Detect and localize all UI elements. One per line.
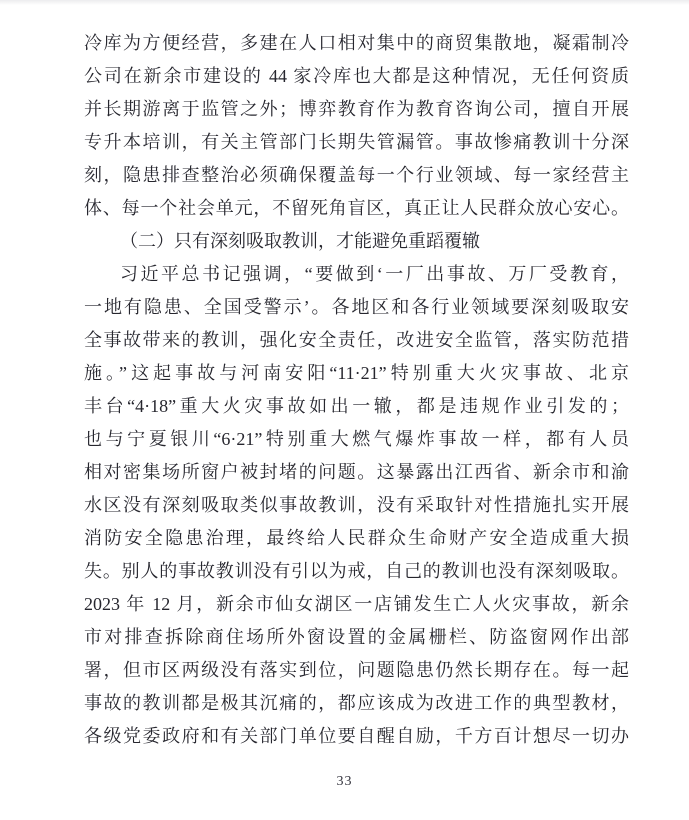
text-line: 并长期游离于监管之外；博弈教育作为教育咨询公司，擅自开展 bbox=[84, 93, 629, 126]
text-line: 刻，隐患排查整治必须确保覆盖每一个行业领域、每一家经营主 bbox=[84, 159, 629, 192]
document-text-block: 冷库为方便经营，多建在人口相对集中的商贸集散地，凝霜制冷 公司在新余市建设的 4… bbox=[84, 27, 629, 753]
text-line: 公司在新余市建设的 44 家冷库也大都是这种情况，无任何资质 bbox=[84, 60, 629, 93]
text-line: 全事故带来的教训，强化安全责任，改进安全监管，落实防范措 bbox=[84, 324, 629, 357]
text-line: 市对排查拆除商住场所外窗设置的金属栅栏、防盗窗网作出部 bbox=[84, 621, 629, 654]
text-line: 专升本培训，有关主管部门长期失管漏管。事故惨痛教训十分深 bbox=[84, 126, 629, 159]
section-heading: （二）只有深刻吸取教训，才能避免重蹈覆辙 bbox=[84, 225, 629, 258]
page-top-edge bbox=[0, 0, 689, 5]
text-line: 相对密集场所窗户被封堵的问题。这暴露出江西省、新余市和渝 bbox=[84, 456, 629, 489]
text-line: 丰台“4·18”重大火灾事故如出一辙，都是违规作业引发的； bbox=[84, 390, 629, 423]
text-line: 施。”这起事故与河南安阳“11·21”特别重大火灾事故、北京 bbox=[84, 357, 629, 390]
text-line: 水区没有深刻吸取类似事故教训，没有采取针对性措施扎实开展 bbox=[84, 489, 629, 522]
text-line: 2023 年 12 月，新余市仙女湖区一店铺发生亡人火灾事故，新余 bbox=[84, 588, 629, 621]
text-line: 也与宁夏银川“6·21”特别重大燃气爆炸事故一样，都有人员 bbox=[84, 423, 629, 456]
page-number: 33 bbox=[0, 771, 689, 793]
text-line: 体、每一个社会单元，不留死角盲区，真正让人民群众放心安心。 bbox=[84, 192, 629, 225]
text-line: 署，但市区两级没有落实到位，问题隐患仍然长期存在。每一起 bbox=[84, 654, 629, 687]
text-line: 各级党委政府和有关部门单位要自醒自励，千方百计想尽一切办 bbox=[84, 720, 629, 753]
text-line: 失。别人的事故教训没有引以为戒，自己的教训也没有深刻吸取。 bbox=[84, 555, 629, 588]
text-line: 习近平总书记强调，“要做到‘一厂出事故、万厂受教育， bbox=[84, 258, 629, 291]
text-line: 事故的教训都是极其沉痛的，都应该成为改进工作的典型教材， bbox=[84, 687, 629, 720]
text-line: 冷库为方便经营，多建在人口相对集中的商贸集散地，凝霜制冷 bbox=[84, 27, 629, 60]
text-line: 一地有隐患、全国受警示’。各地区和各行业领域要深刻吸取安 bbox=[84, 291, 629, 324]
text-line: 消防安全隐患治理，最终给人民群众生命财产安全造成重大损 bbox=[84, 522, 629, 555]
